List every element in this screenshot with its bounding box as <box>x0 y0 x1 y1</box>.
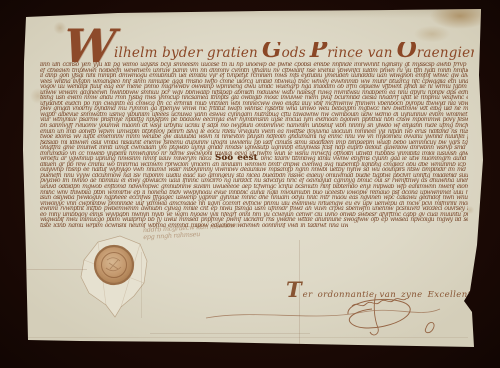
charter-heading: W ilhelm byder gratienGodsPrince vanOrae… <box>62 26 476 66</box>
photograph-mount: W ilhelm byder gratienGodsPrince vanOrae… <box>0 0 500 368</box>
manuscript-body: iinn ulh ccinso yen yyu ldi pg veimo uay… <box>40 62 468 229</box>
header-part: Oraengien, <box>397 42 474 61</box>
header-part: Prince van <box>310 42 393 61</box>
papered-wax-seal <box>76 234 150 320</box>
fold-crease <box>27 269 87 270</box>
header-part: ilhelm byder gratien <box>114 45 258 61</box>
fold-crease <box>141 252 142 318</box>
signature-loop <box>348 299 410 328</box>
header-text: ilhelm byder gratienGodsPrince vanOraeng… <box>114 42 474 61</box>
parchment-sheet: W ilhelm byder gratienGodsPrince vanOrae… <box>0 0 500 368</box>
signature-paraph <box>425 322 434 332</box>
fold-crease <box>150 333 310 334</box>
fold-crease <box>28 337 468 338</box>
signature-flourish-underline <box>206 309 440 318</box>
fold-crease <box>299 240 300 344</box>
header-part: Gods <box>262 42 306 61</box>
